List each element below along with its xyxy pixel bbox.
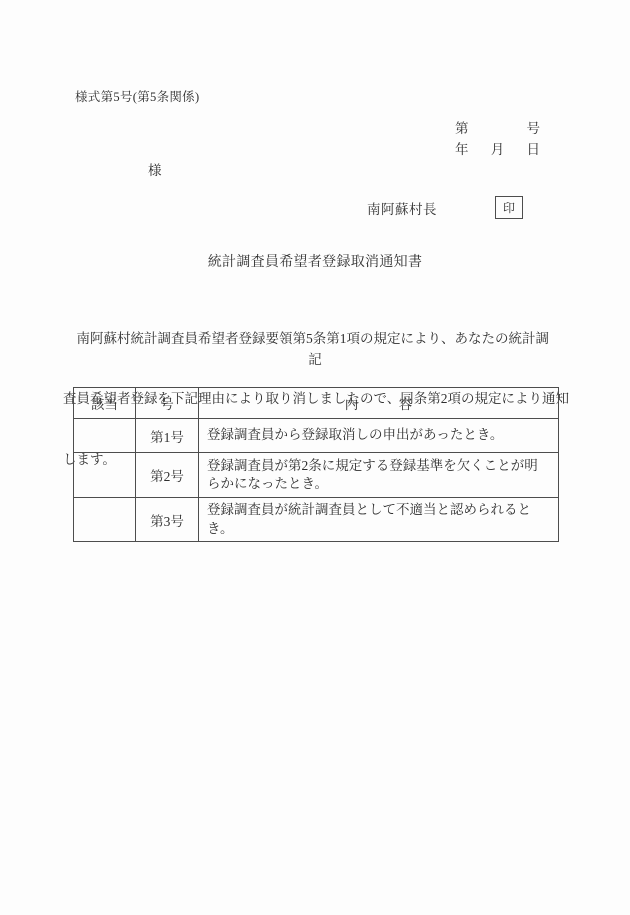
form-number: 様式第5号(第5条関係)	[75, 87, 199, 105]
addressee-honorific: 様	[148, 159, 162, 179]
table-row: 第1号 登録調査員から登録取消しの申出があったとき。	[74, 419, 559, 453]
seal-label: 印	[503, 199, 515, 216]
doc-number-prefix: 第	[455, 118, 469, 139]
document-title: 統計調査員希望者登録取消通知書	[0, 251, 630, 271]
cell-number: 第2号	[136, 453, 199, 498]
cell-content: 登録調査員から登録取消しの申出があったとき。	[199, 419, 559, 453]
document-number-line: 第 号	[455, 118, 540, 139]
date-day-label: 日	[527, 139, 541, 160]
table-row: 第3号 登録調査員が統計調査員として不適当と認められるとき。	[74, 498, 559, 542]
cancellation-reason-table: 該当 号 内 容 第1号 登録調査員から登録取消しの申出があったとき。 第2号 …	[73, 387, 559, 542]
date-line: 年 月 日	[455, 139, 540, 160]
sender-title: 南阿蘇村長	[367, 198, 437, 218]
table-row: 第2号 登録調査員が第2条に規定する登録基準を欠くことが明らかになったとき。	[74, 453, 559, 498]
table-header-row: 該当 号 内 容	[74, 388, 559, 419]
date-year-label: 年	[455, 139, 469, 160]
cell-number: 第3号	[136, 498, 199, 542]
header-applicable: 該当	[74, 388, 136, 419]
seal-box: 印	[495, 196, 523, 219]
cell-content: 登録調査員が統計調査員として不適当と認められるとき。	[199, 498, 559, 542]
date-month-label: 月	[491, 139, 505, 160]
cell-applicable	[74, 419, 136, 453]
doc-number-suffix: 号	[527, 118, 541, 139]
cell-number: 第1号	[136, 419, 199, 453]
header-content: 内 容	[199, 388, 559, 419]
header-number: 号	[136, 388, 199, 419]
cell-applicable	[74, 453, 136, 498]
cell-content: 登録調査員が第2条に規定する登録基準を欠くことが明らかになったとき。	[199, 453, 559, 498]
docnum-date-block: 第 号 年 月 日	[455, 118, 540, 160]
document-page: 様式第5号(第5条関係) 第 号 年 月 日 様 南阿蘇村長 印 統計調査員希望…	[0, 0, 630, 915]
record-heading: 記	[0, 348, 630, 368]
body-line: 南阿蘇村統計調査員希望者登録要領第5条第1項の規定により、あなたの統計調	[63, 329, 569, 349]
cell-applicable	[74, 498, 136, 542]
